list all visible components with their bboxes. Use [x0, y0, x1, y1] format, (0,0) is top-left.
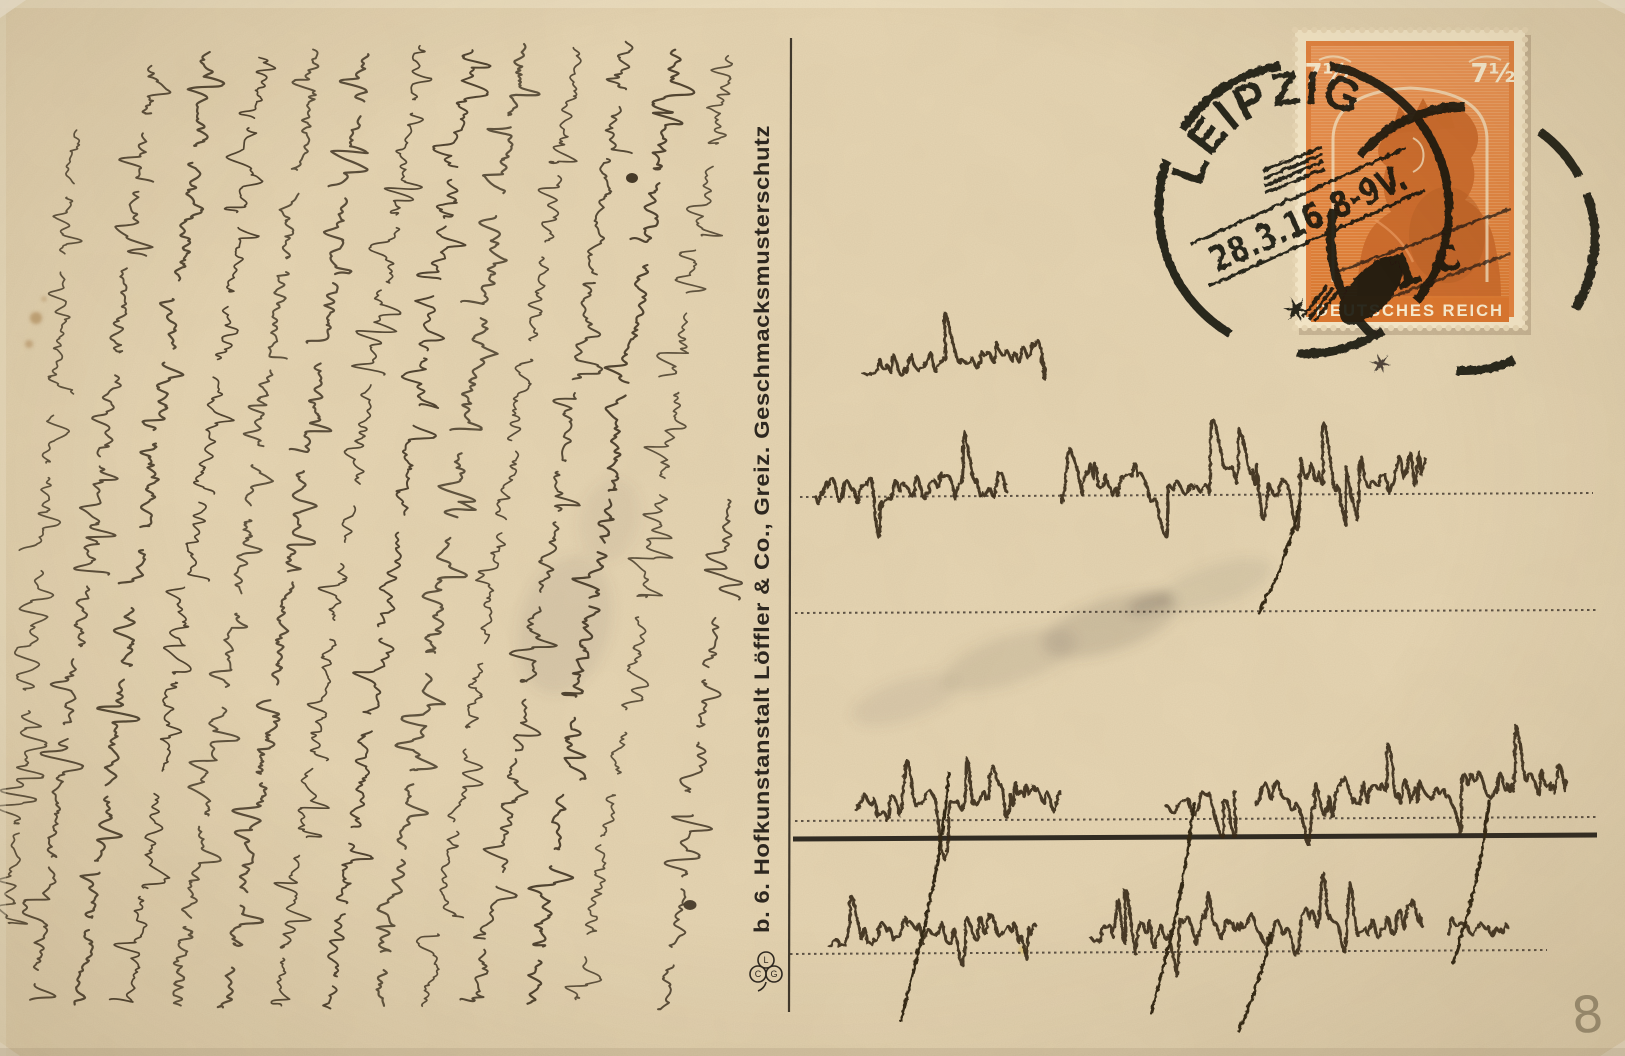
stamp-denomination-right: 7½: [1470, 59, 1515, 89]
perforation-hole: [1398, 27, 1404, 33]
logo-letter: C: [755, 969, 762, 979]
perforation-hole: [1522, 171, 1528, 177]
perforation-hole: [1465, 27, 1471, 33]
perforation-hole: [1330, 27, 1336, 33]
perforation-hole: [1522, 37, 1528, 43]
perforation-hole: [1292, 277, 1298, 283]
perforation-hole: [1302, 27, 1308, 33]
perforation-hole: [1455, 325, 1461, 331]
perforation-hole: [1426, 27, 1432, 33]
perforation-hole: [1292, 46, 1298, 52]
perforation-hole: [1350, 325, 1356, 331]
perforation-hole: [1407, 27, 1413, 33]
perforation-hole: [1522, 161, 1528, 167]
publisher-imprint: b. 6. Hofkunstanstalt Löffler & Co., Gre…: [751, 125, 774, 933]
perforation-hole: [1292, 142, 1298, 148]
perforation-hole: [1522, 75, 1528, 81]
perforation-hole: [1407, 325, 1413, 331]
perforation-hole: [1292, 267, 1298, 273]
perforation-hole: [1321, 325, 1327, 331]
perforation-hole: [1474, 325, 1480, 331]
perforation-hole: [1522, 286, 1528, 292]
perforation-hole: [1522, 190, 1528, 196]
perforation-hole: [1340, 27, 1346, 33]
perforation-hole: [1522, 27, 1528, 33]
perforation-hole: [1522, 104, 1528, 110]
perforation-hole: [1436, 27, 1442, 33]
perforation-hole: [1522, 123, 1528, 129]
perforation-hole: [1465, 325, 1471, 331]
perforation-hole: [1292, 37, 1298, 43]
perforation-hole: [1522, 65, 1528, 71]
perforation-hole: [1522, 296, 1528, 302]
perforation-hole: [1522, 133, 1528, 139]
perforation-hole: [1292, 123, 1298, 129]
perforation-hole: [1378, 27, 1384, 33]
perforation-hole: [1522, 56, 1528, 62]
perforation-hole: [1417, 325, 1423, 331]
perforation-hole: [1522, 257, 1528, 263]
pencil-number: 8: [1569, 985, 1606, 1046]
perforation-hole: [1446, 325, 1452, 331]
postcard: b. 6. Hofkunstanstalt Löffler & Co., Gre…: [0, 0, 1625, 1056]
perforation-hole: [1474, 27, 1480, 33]
perforation-hole: [1522, 238, 1528, 244]
perforation-hole: [1436, 325, 1442, 331]
perforation-hole: [1292, 257, 1298, 263]
perforation-hole: [1359, 27, 1365, 33]
perforation-hole: [1426, 325, 1432, 331]
perforation-hole: [1311, 27, 1317, 33]
perforation-hole: [1340, 325, 1346, 331]
perforation-hole: [1330, 325, 1336, 331]
perforation-hole: [1388, 27, 1394, 33]
perforation-hole: [1292, 133, 1298, 139]
perforation-hole: [1522, 305, 1528, 311]
perforation-hole: [1522, 85, 1528, 91]
perforation-hole: [1446, 27, 1452, 33]
perforation-hole: [1522, 325, 1528, 331]
perforation-hole: [1494, 27, 1500, 33]
perforation-hole: [1350, 27, 1356, 33]
logo-letter: G: [770, 969, 777, 979]
perforation-hole: [1513, 27, 1519, 33]
perforation-hole: [1522, 277, 1528, 283]
perforation-hole: [1522, 267, 1528, 273]
perforation-hole: [1513, 325, 1519, 331]
perforation-hole: [1503, 325, 1509, 331]
perforation-hole: [1484, 325, 1490, 331]
perforation-hole: [1522, 229, 1528, 235]
perforation-hole: [1522, 181, 1528, 187]
logo-letter: L: [763, 955, 768, 965]
perforation-hole: [1417, 27, 1423, 33]
perforation-hole: [1311, 325, 1317, 331]
perforation-hole: [1369, 27, 1375, 33]
perforation-hole: [1522, 113, 1528, 119]
perforation-hole: [1522, 46, 1528, 52]
perforation-hole: [1388, 325, 1394, 331]
postcard-art: b. 6. Hofkunstanstalt Löffler & Co., Gre…: [0, 0, 1625, 1056]
perforation-hole: [1292, 27, 1298, 33]
perforation-hole: [1522, 315, 1528, 321]
perforation-hole: [1522, 94, 1528, 100]
perforation-hole: [1522, 209, 1528, 215]
perforation-hole: [1522, 152, 1528, 158]
perforation-hole: [1321, 27, 1327, 33]
perforation-hole: [1292, 113, 1298, 119]
perforation-hole: [1522, 142, 1528, 148]
perforation-hole: [1503, 27, 1509, 33]
perforation-hole: [1484, 27, 1490, 33]
perforation-hole: [1522, 200, 1528, 206]
perforation-hole: [1398, 325, 1404, 331]
perforation-hole: [1522, 219, 1528, 225]
perforation-hole: [1494, 325, 1500, 331]
perforation-hole: [1522, 248, 1528, 254]
perforation-hole: [1455, 27, 1461, 33]
